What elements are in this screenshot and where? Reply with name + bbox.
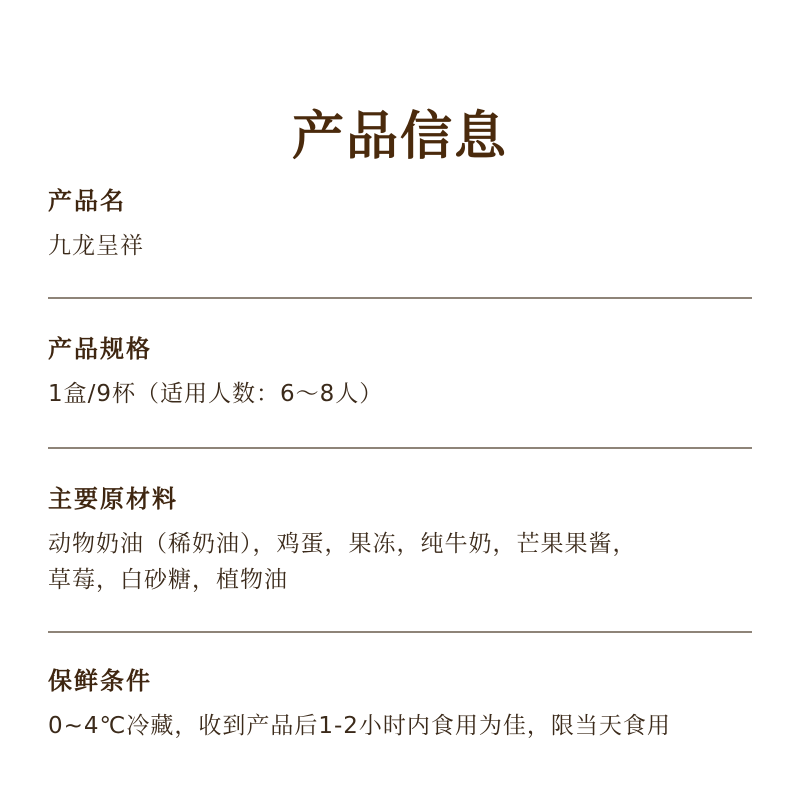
divider	[48, 447, 752, 449]
storage-value: 0~4℃冷藏，收到产品后1-2小时内食用为佳，限当天食用	[48, 708, 752, 744]
product-name-value: 九龙呈祥	[48, 228, 752, 264]
section-heading-storage: 保鲜条件	[48, 664, 752, 698]
ingredients-line-2: 草莓，白砂糖，植物油	[48, 562, 752, 598]
section-storage: 保鲜条件 0~4℃冷藏，收到产品后1-2小时内食用为佳，限当天食用	[48, 664, 752, 744]
section-heading-product-name: 产品名	[48, 184, 752, 218]
product-spec-value: 1盒/9杯（适用人数：6～8人）	[48, 376, 752, 412]
ingredients-line-1: 动物奶油（稀奶油），鸡蛋，果冻，纯牛奶，芒果果酱，	[48, 526, 752, 562]
section-ingredients: 主要原材料 动物奶油（稀奶油），鸡蛋，果冻，纯牛奶，芒果果酱， 草莓，白砂糖，植…	[48, 482, 752, 598]
ingredients-value: 动物奶油（稀奶油），鸡蛋，果冻，纯牛奶，芒果果酱， 草莓，白砂糖，植物油	[48, 526, 752, 598]
section-product-spec: 产品规格 1盒/9杯（适用人数：6～8人）	[48, 332, 752, 412]
page-title: 产品信息	[0, 101, 800, 173]
divider	[48, 631, 752, 633]
divider	[48, 297, 752, 299]
section-product-name: 产品名 九龙呈祥	[48, 184, 752, 264]
section-heading-product-spec: 产品规格	[48, 332, 752, 366]
section-heading-ingredients: 主要原材料	[48, 482, 752, 516]
